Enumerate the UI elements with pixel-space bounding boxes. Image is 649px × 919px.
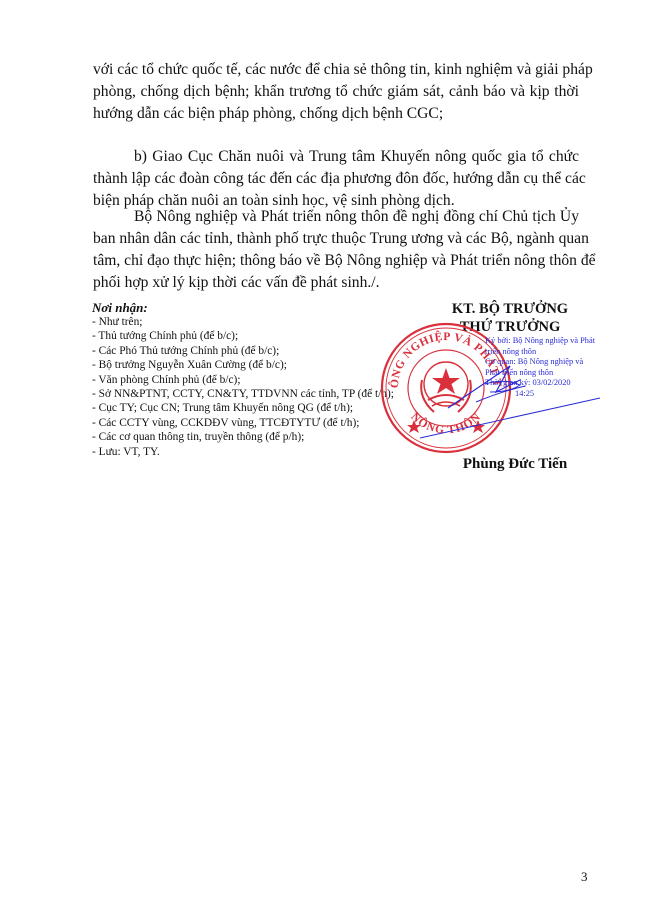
- recipient-item: - Sở NN&PTNT, CCTY, CN&TY, TTDVNN các tỉ…: [92, 387, 392, 401]
- recipients-title: Nơi nhận:: [92, 300, 392, 315]
- recipient-item: - Thủ tướng Chính phủ (để b/c);: [92, 329, 392, 343]
- digital-signature-line: Ký bởi: Bộ Nông nghiệp và Phát: [485, 336, 605, 347]
- signature-title-line1: KT. BỘ TRƯỞNG: [420, 300, 600, 318]
- digital-signature-line: Phát triển nông thôn: [485, 368, 605, 379]
- text-line: tâm, chỉ đạo thực hiện; thông báo về Bộ …: [93, 250, 579, 272]
- svg-text:NÔNG THÔN: NÔNG THÔN: [408, 411, 483, 437]
- paragraph-item-b: b) Giao Cục Chăn nuôi và Trung tâm Khuyế…: [93, 146, 579, 212]
- paragraph-closing: Bộ Nông nghiệp và Phát triển nông thôn đ…: [93, 206, 579, 294]
- text-line: ban nhân dân các tỉnh, thành phố trực th…: [93, 228, 579, 250]
- page-number: 3: [581, 869, 588, 885]
- text-line: với các tổ chức quốc tế, các nước để chi…: [93, 59, 579, 81]
- recipient-item: - Cục TY; Cục CN; Trung tâm Khuyến nông …: [92, 401, 392, 415]
- recipient-item: - Các Phó Thủ tướng Chính phủ (để b/c);: [92, 344, 392, 358]
- text-line: phòng, chống dịch bệnh; khẩn trương tổ c…: [93, 81, 579, 103]
- document-page: với các tổ chức quốc tế, các nước để chi…: [0, 0, 649, 919]
- recipient-item: - Bộ trưởng Nguyễn Xuân Cường (để b/c);: [92, 358, 392, 372]
- text-line: phối hợp xử lý kịp thời các vấn đề phát …: [93, 272, 579, 294]
- recipient-item: - Các CCTY vùng, CCKDĐV vùng, TTCĐTYTƯ (…: [92, 416, 392, 430]
- recipient-item: - Các cơ quan thông tin, truyền thông (đ…: [92, 430, 392, 444]
- text-line: Bộ Nông nghiệp và Phát triển nông thôn đ…: [93, 206, 579, 228]
- digital-signature-info: Ký bởi: Bộ Nông nghiệp và Phát triển nôn…: [485, 336, 605, 400]
- recipients-list: Nơi nhận: - Như trên; - Thủ tướng Chính …: [92, 300, 392, 459]
- paragraph-continuation: với các tổ chức quốc tế, các nước để chi…: [93, 59, 579, 125]
- digital-signature-line: 14:25: [485, 389, 605, 400]
- text-line: b) Giao Cục Chăn nuôi và Trung tâm Khuyế…: [93, 146, 579, 168]
- digital-signature-line: Cơ quan: Bộ Nông nghiệp và: [485, 357, 605, 368]
- text-line: thành lập các đoàn công tác đến các địa …: [93, 168, 579, 190]
- digital-signature-line: Thời gian ký: 03/02/2020: [485, 378, 605, 389]
- text-line: hướng dẫn các biện pháp phòng, chống dịc…: [93, 103, 579, 125]
- digital-signature-line: triển nông thôn: [485, 347, 605, 358]
- recipient-item: - Lưu: VT, TY.: [92, 445, 392, 459]
- recipient-item: - Như trên;: [92, 315, 392, 329]
- signer-name: Phùng Đức Tiến: [430, 456, 600, 473]
- recipient-item: - Văn phòng Chính phủ (để b/c);: [92, 373, 392, 387]
